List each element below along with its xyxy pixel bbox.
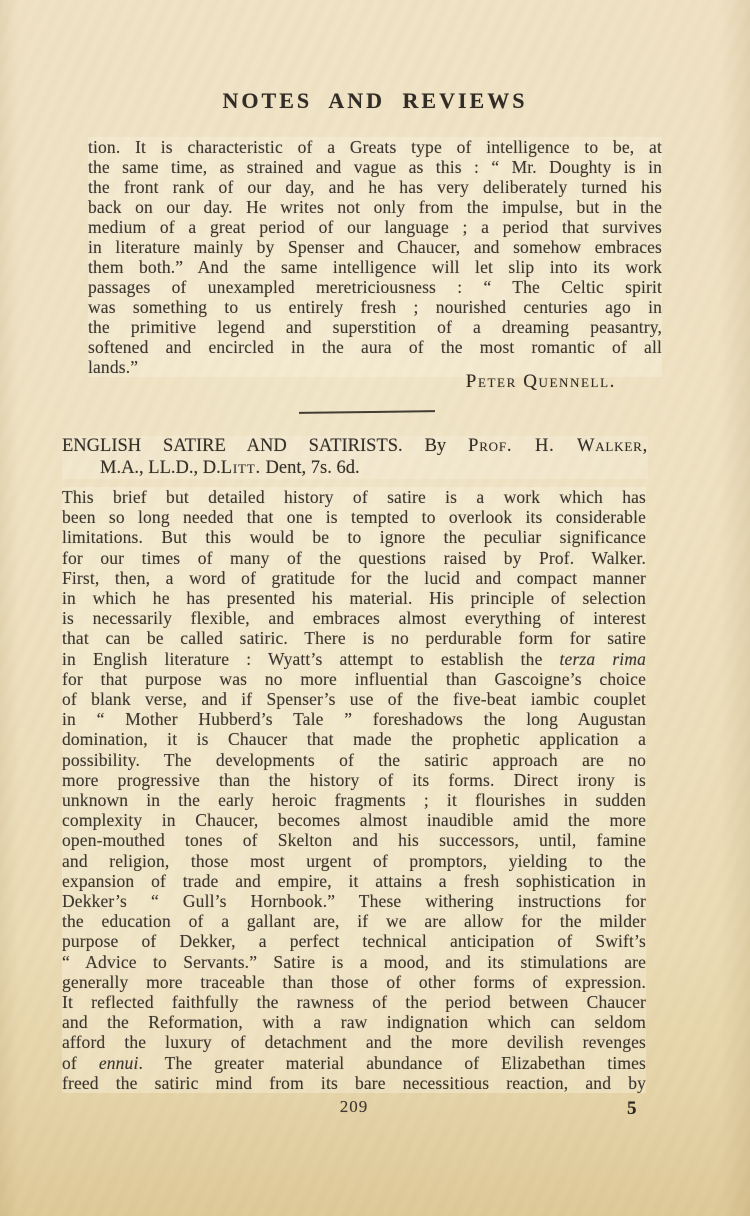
section-divider-rule [299, 410, 435, 414]
text-line: domination, it is Chaucer that made the … [62, 729, 646, 749]
heading-text-segment: Dent, 7s. 6d. [261, 458, 360, 478]
text-line: been so long needed that one is tempted … [62, 507, 646, 527]
text-line: limitations. But this would be to ignore… [62, 527, 646, 547]
text-line: Dekker’s “ Gull’s Hornbook.” These withe… [62, 891, 646, 911]
text-line: the primitive legend and superstition of… [88, 317, 662, 337]
text-line: open-mouthed tones of Skelton and his su… [62, 830, 646, 850]
text-line: complexity in Chaucer, becomes almost in… [62, 810, 646, 830]
text-line: possibility. The developments of the sat… [62, 750, 646, 770]
text-line: medium of a great period of our language… [88, 217, 662, 237]
text-line: softened and encircled in the aura of th… [88, 337, 662, 357]
text-line: of ennui. The greater material abundance… [62, 1053, 646, 1073]
text-line: them both.” And the same intelligence wi… [88, 257, 662, 277]
text-line: tion. It is characteristic of a Greats t… [88, 137, 662, 157]
page-header: NOTES AND REVIEWS [88, 88, 662, 114]
reviewer-byline: Peter Quennell. [88, 371, 616, 393]
text-line: for our times of many of the questions r… [62, 548, 646, 568]
text-line: in which he has presented his material. … [62, 588, 646, 608]
text-line: generally more traceable than those of o… [62, 972, 646, 992]
text-line: in “ Mother Hubberd’s Tale ” foreshadows… [62, 709, 646, 729]
text-line: First, then, a word of gratitude for the… [62, 568, 646, 588]
text-line: “ Advice to Servants.” Satire is a mood,… [62, 952, 646, 972]
text-line: and religion, those most urgent of promp… [62, 851, 646, 871]
text-line: and the Reformation, with a raw indignat… [62, 1012, 646, 1032]
text-line: in literature mainly by Spenser and Chau… [88, 237, 662, 257]
signature-mark: 5 [627, 1098, 637, 1120]
text-line: of blank verse, and if Spenser’s use of … [62, 689, 646, 709]
text-line: afford the luxury of detachment and the … [62, 1032, 646, 1052]
page-number: 209 [62, 1097, 646, 1117]
text-line: It reflected faithfully the rawness of t… [62, 992, 646, 1012]
text-line: the education of a gallant are, if we ar… [62, 911, 646, 931]
text-line: was something to us entirely fresh ; nou… [88, 297, 662, 317]
text-line: back on our day. He writes not only from… [88, 197, 662, 217]
review-body-paragraph: This brief but detailed history of satir… [62, 487, 646, 1093]
text-line: the front rank of our day, and he has ve… [88, 177, 662, 197]
text-line: freed the satiric mind from its bare nec… [62, 1073, 646, 1093]
review-heading: ENGLISH SATIRE AND SATIRISTS. By Prof. H… [62, 436, 648, 479]
text-line: expansion of trade and empire, it attain… [62, 871, 646, 891]
text-line: the same time, as strained and vague as … [88, 157, 662, 177]
text-line: in English literature : Wyatt’s attempt … [62, 649, 646, 669]
text-line: purpose of Dekker, a perfect technical a… [62, 931, 646, 951]
text-line: This brief but detailed history of satir… [62, 487, 646, 507]
heading-line: ENGLISH SATIRE AND SATIRISTS. By Prof. H… [62, 436, 648, 458]
heading-text-segment: Prof. H. Walker, [468, 436, 648, 456]
text-line: more progressive than the history of its… [62, 770, 646, 790]
review-continuation-paragraph: tion. It is characteristic of a Greats t… [88, 137, 662, 377]
scanned-page: NOTES AND REVIEWS tion. It is characteri… [0, 0, 750, 1216]
heading-text-segment: Litt. [221, 458, 261, 478]
text-line: for that purpose was no more influential… [62, 669, 646, 689]
text-line: is necessarily flexible, and embraces al… [62, 608, 646, 628]
text-line: that can be called satiric. There is no … [62, 628, 646, 648]
text-line: unknown in the early heroic fragments ; … [62, 790, 646, 810]
heading-text-segment: ENGLISH SATIRE AND SATIRISTS. By [62, 436, 468, 456]
heading-line: M.A., LL.D., D.Litt. Dent, 7s. 6d. [62, 458, 648, 480]
text-line: passages of unexampled meretriciousness … [88, 277, 662, 297]
heading-text-segment: M.A., LL.D., D. [100, 458, 221, 478]
